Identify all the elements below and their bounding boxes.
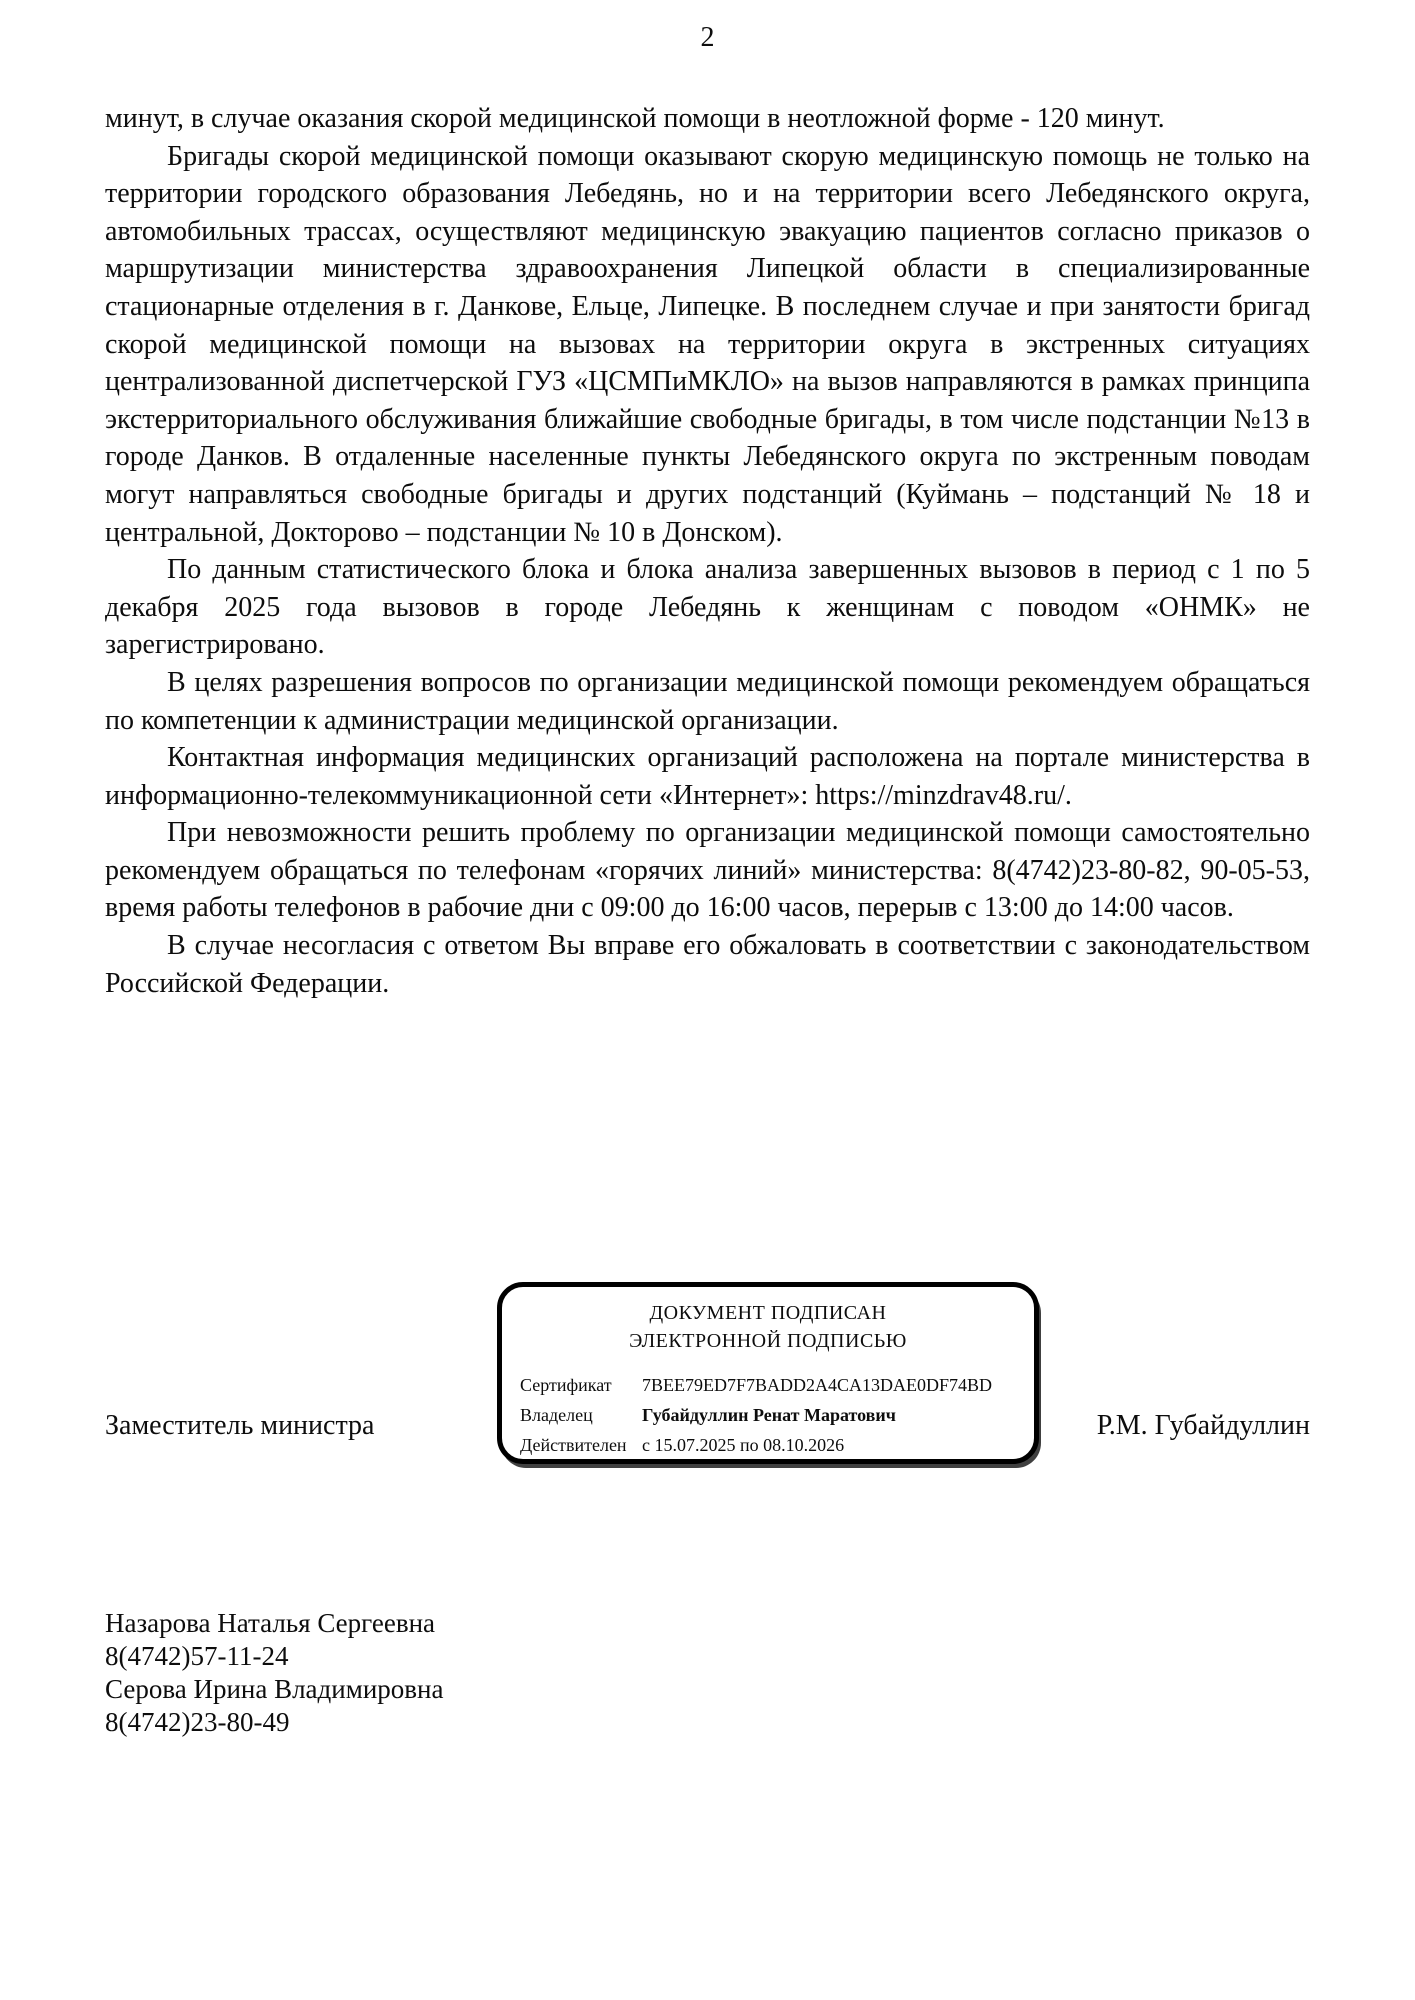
paragraph-statistics: По данным статистического блока и блока … [105, 551, 1310, 664]
contact-line-executor2-phone: 8(4742)23-80-49 [105, 1706, 443, 1739]
letter-body: минут, в случае оказания скорой медицинс… [105, 100, 1310, 1002]
stamp-row-owner: Владелец Губайдуллин Ренат Маратович [520, 1400, 1016, 1430]
paragraph-recommendation: В целях разрешения вопросов по организац… [105, 664, 1310, 739]
signature-block: Заместитель министра ДОКУМЕНТ ПОДПИСАН Э… [105, 1282, 1310, 1472]
stamp-certificate-value: 7BEE79ED7F7BADD2A4CA13DAE0DF74BD [642, 1370, 1016, 1400]
paragraph-contact-info: Контактная информация медицинских органи… [105, 739, 1310, 814]
stamp-title-line2: ЭЛЕКТРОННОЙ ПОДПИСЬЮ [520, 1327, 1016, 1355]
paragraph-hotline: При невозможности решить проблему по орг… [105, 814, 1310, 927]
stamp-row-validity: Действителен с 15.07.2025 по 08.10.2026 [520, 1430, 1016, 1460]
stamp-details: Сертификат 7BEE79ED7F7BADD2A4CA13DAE0DF7… [520, 1370, 1016, 1460]
paragraph-brigades: Бригады скорой медицинской помощи оказыв… [105, 138, 1310, 552]
paragraph-continuation: минут, в случае оказания скорой медицинс… [105, 100, 1310, 138]
signer-name: Р.М. Губайдуллин [1097, 1410, 1310, 1442]
paragraph-appeal: В случае несогласия с ответом Вы вправе … [105, 927, 1310, 1002]
contacts-block: Назарова Наталья Сергеевна 8(4742)57-11-… [105, 1607, 443, 1739]
contact-line-executor2-name: Серова Ирина Владимировна [105, 1673, 443, 1706]
contact-line-executor1-name: Назарова Наталья Сергеевна [105, 1607, 443, 1640]
document-page: 2 минут, в случае оказания скорой медици… [0, 0, 1415, 2000]
signer-position: Заместитель министра [105, 1410, 374, 1442]
digital-signature-stamp: ДОКУМЕНТ ПОДПИСАН ЭЛЕКТРОННОЙ ПОДПИСЬЮ С… [497, 1282, 1039, 1464]
stamp-validity-label: Действителен [520, 1430, 642, 1460]
page-number: 2 [0, 22, 1415, 54]
stamp-title: ДОКУМЕНТ ПОДПИСАН ЭЛЕКТРОННОЙ ПОДПИСЬЮ [520, 1299, 1016, 1355]
contact-line-executor1-phone: 8(4742)57-11-24 [105, 1640, 443, 1673]
stamp-certificate-label: Сертификат [520, 1370, 642, 1400]
stamp-row-certificate: Сертификат 7BEE79ED7F7BADD2A4CA13DAE0DF7… [520, 1370, 1016, 1400]
stamp-title-line1: ДОКУМЕНТ ПОДПИСАН [520, 1299, 1016, 1327]
stamp-owner-value: Губайдуллин Ренат Маратович [642, 1400, 1016, 1430]
stamp-owner-label: Владелец [520, 1400, 642, 1430]
stamp-validity-value: с 15.07.2025 по 08.10.2026 [642, 1430, 1016, 1460]
